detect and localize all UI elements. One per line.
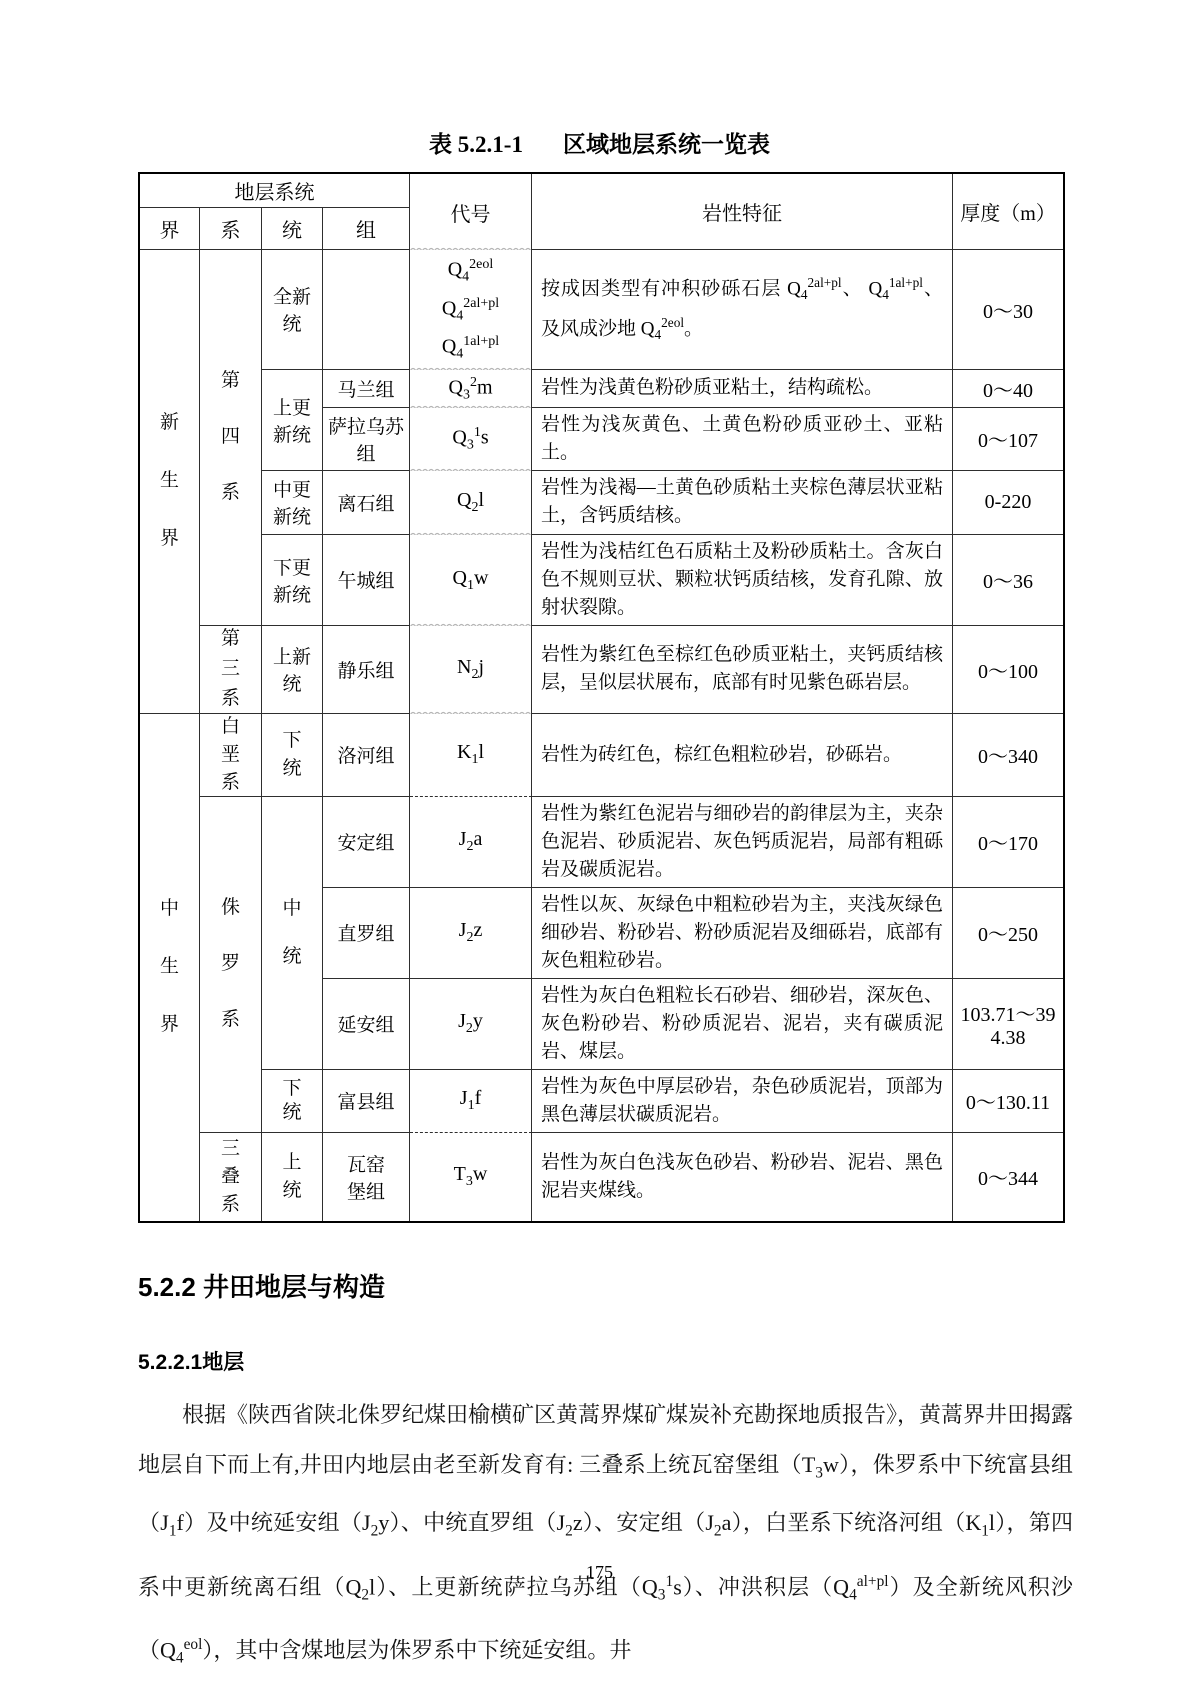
cell-series: 下更新统 xyxy=(262,535,323,626)
cell-era-mesozoic: 中生界 xyxy=(140,714,200,1221)
cell-lithology: 岩性为浅桔红色石质粘土及粉砂质粘土。含灰白色不规则豆状、颗粒状钙质结核，发育孔隙… xyxy=(532,535,953,626)
cell-formation: 富县组 xyxy=(323,1070,410,1133)
cell-series: 下统 xyxy=(262,1070,323,1133)
cell-formation: 瓦窑堡组 xyxy=(323,1133,410,1221)
cell-thickness: 0～170 xyxy=(953,797,1063,888)
table-row: 中更新统 离石组 Q2l 岩性为浅褐—土黄色砂质粘土夹棕色薄层状亚粘土，含钙质结… xyxy=(140,471,1063,535)
table-title-text: 区域地层系统一览表 xyxy=(563,126,770,159)
cell-series: 下统 xyxy=(262,714,323,797)
document-page: { "table": { "title_label": "表 5.2.1-1",… xyxy=(0,0,1199,1696)
cell-formation xyxy=(323,250,410,370)
cell-system-triassic: 三叠系 xyxy=(200,1133,262,1221)
page-number: 175 xyxy=(0,1562,1199,1583)
cell-thickness: 0～30 xyxy=(953,250,1063,370)
table-row: 下统 富县组 J1f 岩性为灰色中厚层砂岩，杂色砂质泥岩，顶部为黑色薄层状碳质泥… xyxy=(140,1070,1063,1133)
cell-formation: 静乐组 xyxy=(323,626,410,714)
cell-lithology: 岩性为灰白色粗粒长石砂岩、细砂岩，深灰色、灰色粉砂岩、粉砂质泥岩、泥岩，夹有碳质… xyxy=(532,979,953,1070)
table-title: 表 5.2.1-1 区域地层系统一览表 xyxy=(138,126,1061,159)
cell-formation: 安定组 xyxy=(323,797,410,888)
cell-code: J2a xyxy=(410,797,532,888)
cell-thickness: 0～40 xyxy=(953,370,1063,408)
cell-lithology: 岩性为紫红色泥岩与细砂岩的韵律层为主，夹杂色泥岩、砂质泥岩、灰色钙质泥岩，局部有… xyxy=(532,797,953,888)
header-series: 统 xyxy=(262,208,323,250)
cell-formation: 午城组 xyxy=(323,535,410,626)
cell-series: 上更新统 xyxy=(262,370,323,471)
cell-series: 中统 xyxy=(262,797,323,1070)
table-row: 第三系 上新统 静乐组 N2j 岩性为紫红色至棕红色砂质亚粘土，夹钙质结核层，呈… xyxy=(140,626,1063,714)
table-row: 上更新统 马兰组 Q32m 岩性为浅黄色粉砂质亚粘土，结构疏松。 0～40 xyxy=(140,370,1063,408)
cell-series: 上新统 xyxy=(262,626,323,714)
cell-lithology: 岩性为砖红色，棕红色粗粒砂岩，砂砾岩。 xyxy=(532,714,953,797)
header-formation: 组 xyxy=(323,208,410,250)
cell-series: 上统 xyxy=(262,1133,323,1221)
cell-formation: 延安组 xyxy=(323,979,410,1070)
header-code: 代号 xyxy=(410,174,532,250)
cell-thickness: 0～344 xyxy=(953,1133,1063,1221)
cell-code: Q32m xyxy=(410,370,532,408)
header-lithology: 岩性特征 xyxy=(532,174,953,250)
cell-thickness: 0～130.11 xyxy=(953,1070,1063,1133)
header-strata-system: 地层系统 xyxy=(140,174,410,208)
header-system: 系 xyxy=(200,208,262,250)
body-paragraph: 根据《陕西省陕北侏罗纪煤田榆横矿区黄蒿界煤矿煤炭补充勘探地质报告》，黄蒿界井田揭… xyxy=(138,1390,1073,1684)
header-thickness: 厚度（m） xyxy=(953,174,1063,250)
cell-lithology: 岩性为灰色中厚层砂岩，杂色砂质泥岩，顶部为黑色薄层状碳质泥岩。 xyxy=(532,1070,953,1133)
cell-thickness: 0-220 xyxy=(953,471,1063,535)
cell-system-quaternary: 第四系 xyxy=(200,250,262,626)
cell-code: Q2l xyxy=(410,471,532,535)
table-row: 中生界 白垩系 下统 洛河组 K1l 岩性为砖红色，棕红色粗粒砂岩，砂砾岩。 0… xyxy=(140,714,1063,797)
cell-code: N2j xyxy=(410,626,532,714)
cell-lithology: 按成因类型有冲积砂砾石层 Q42al+pl、 Q41al+pl、及风成沙地 Q4… xyxy=(532,250,953,370)
cell-thickness: 103.71～394.38 xyxy=(953,979,1063,1070)
cell-code: J2z xyxy=(410,888,532,979)
cell-formation: 萨拉乌苏组 xyxy=(323,408,410,471)
cell-code: Q1w xyxy=(410,535,532,626)
cell-formation: 离石组 xyxy=(323,471,410,535)
cell-lithology: 岩性为浅灰黄色、土黄色粉砂质亚砂土、亚粘土。 xyxy=(532,408,953,471)
cell-code: T3w xyxy=(410,1133,532,1221)
strata-table: 地层系统 代号 岩性特征 厚度（m） 界 系 统 组 新生界 第四系 全新统 Q… xyxy=(138,172,1065,1223)
table-title-label: 表 5.2.1-1 xyxy=(429,126,523,159)
cell-era-cenozoic: 新生界 xyxy=(140,250,200,714)
cell-code: J1f xyxy=(410,1070,532,1133)
cell-formation: 直罗组 xyxy=(323,888,410,979)
header-era: 界 xyxy=(140,208,200,250)
page-content: 表 5.2.1-1 区域地层系统一览表 地层系统 代号 岩性特征 厚度（m） 界… xyxy=(138,0,1061,1684)
cell-code: Q31s xyxy=(410,408,532,471)
cell-system-neogene: 第三系 xyxy=(200,626,262,714)
cell-code: Q42eol Q42al+pl Q41al+pl xyxy=(410,250,532,370)
cell-formation: 马兰组 xyxy=(323,370,410,408)
cell-lithology: 岩性为紫红色至棕红色砂质亚粘土，夹钙质结核层，呈似层状展布，底部有时见紫色砾岩层… xyxy=(532,626,953,714)
cell-thickness: 0～250 xyxy=(953,888,1063,979)
cell-thickness: 0～100 xyxy=(953,626,1063,714)
cell-lithology: 岩性以灰、灰绿色中粗粒砂岩为主，夹浅灰绿色细砂岩、粉砂岩、粉砂质泥岩及细砾岩，底… xyxy=(532,888,953,979)
table-row: 新生界 第四系 全新统 Q42eol Q42al+pl Q41al+pl 按成因… xyxy=(140,250,1063,370)
cell-series: 全新统 xyxy=(262,250,323,370)
subsection-heading: 5.2.2.1地层 xyxy=(138,1346,1061,1376)
cell-lithology: 岩性为浅褐—土黄色砂质粘土夹棕色薄层状亚粘土，含钙质结核。 xyxy=(532,471,953,535)
cell-lithology: 岩性为浅黄色粉砂质亚粘土，结构疏松。 xyxy=(532,370,953,408)
cell-thickness: 0～36 xyxy=(953,535,1063,626)
table-row: 三叠系 上统 瓦窑堡组 T3w 岩性为灰白色浅灰色砂岩、粉砂岩、泥岩、黑色泥岩夹… xyxy=(140,1133,1063,1221)
table-row: 侏罗系 中统 安定组 J2a 岩性为紫红色泥岩与细砂岩的韵律层为主，夹杂色泥岩、… xyxy=(140,797,1063,888)
cell-series: 中更新统 xyxy=(262,471,323,535)
cell-thickness: 0～340 xyxy=(953,714,1063,797)
table-row: 下更新统 午城组 Q1w 岩性为浅桔红色石质粘土及粉砂质粘土。含灰白色不规则豆状… xyxy=(140,535,1063,626)
cell-system-cretaceous: 白垩系 xyxy=(200,714,262,797)
cell-code: K1l xyxy=(410,714,532,797)
cell-formation: 洛河组 xyxy=(323,714,410,797)
cell-system-jurassic: 侏罗系 xyxy=(200,797,262,1133)
cell-thickness: 0～107 xyxy=(953,408,1063,471)
section-heading: 5.2.2 井田地层与构造 xyxy=(138,1267,1061,1304)
cell-code: J2y xyxy=(410,979,532,1070)
header-row-1: 地层系统 代号 岩性特征 厚度（m） xyxy=(140,174,1063,208)
cell-lithology: 岩性为灰白色浅灰色砂岩、粉砂岩、泥岩、黑色泥岩夹煤线。 xyxy=(532,1133,953,1221)
